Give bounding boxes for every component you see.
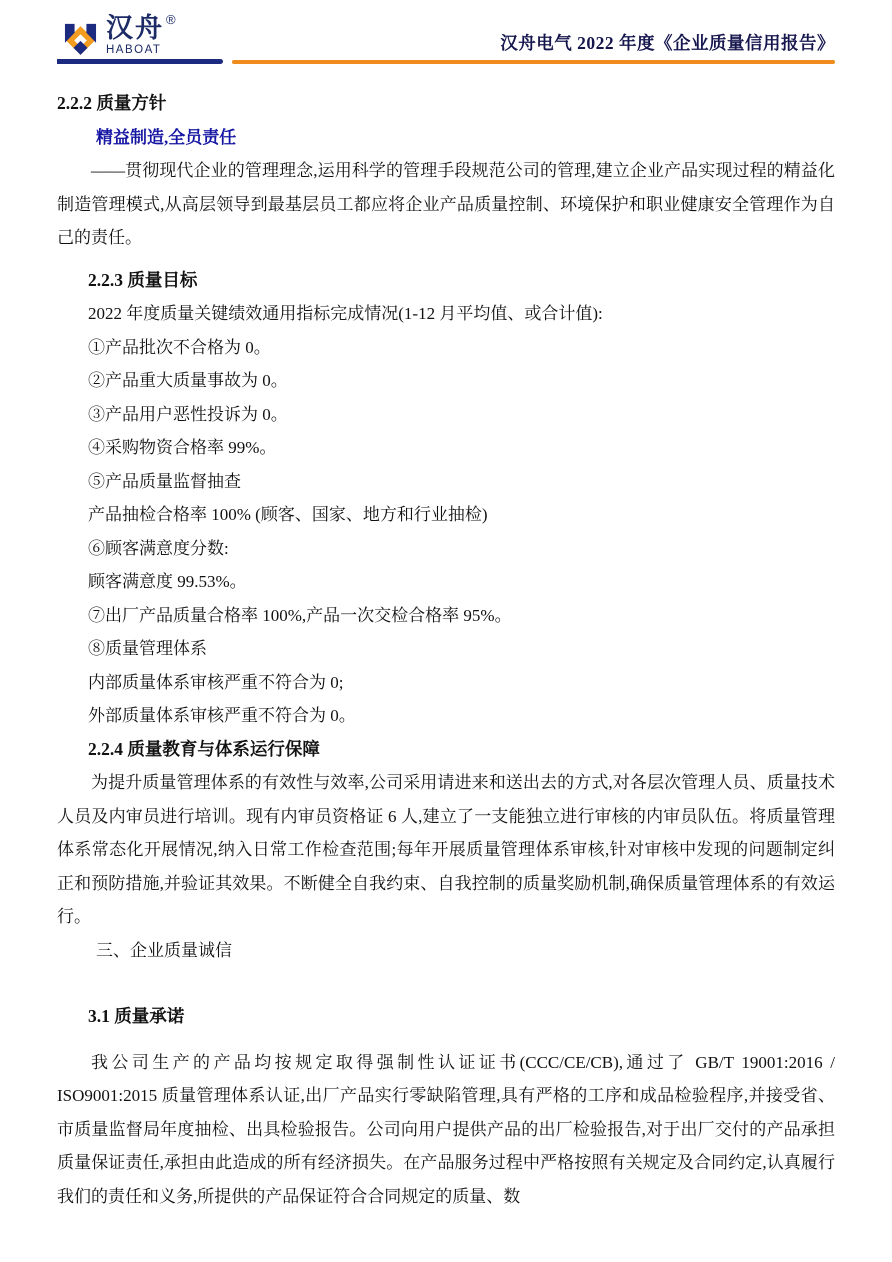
kpi-item: ⑥顾客满意度分数: [88,532,835,566]
registered-trademark-icon: ® [166,13,176,26]
kpi-item: ④采购物资合格率 99%。 [88,431,835,465]
paragraph-quality-policy: ——贯彻现代企业的管理理念,运用科学的管理手段规范公司的管理,建立企业产品实现过… [57,154,835,255]
heading-3-1: 3.1 质量承诺 [88,1000,835,1034]
paragraph-quality-commitment: 我公司生产的产品均按规定取得强制性认证证书(CCC/CE/CB),通过了 GB/… [57,1046,835,1214]
header-rule-gap [223,59,232,64]
kpi-list: ①产品批次不合格为 0。 ②产品重大质量事故为 0。 ③产品用户恶性投诉为 0。… [57,331,835,733]
header-rule [57,59,835,64]
logo-en-name: HABOAT [106,45,176,57]
header-rule-orange-segment [232,60,835,64]
kpi-item: 顾客满意度 99.53%。 [88,565,835,599]
heading-2-2-2: 2.2.2 质量方针 [57,87,835,121]
document-body: 2.2.2 质量方针 精益制造,全员责任 ——贯彻现代企业的管理理念,运用科学的… [0,87,892,1213]
report-page: 汉舟 ® HABOAT 汉舟电气 2022 年度《企业质量信用报告》 2.2.2… [0,0,892,1262]
kpi-item: 内部质量体系审核严重不符合为 0; [88,666,835,700]
kpi-item: ①产品批次不合格为 0。 [88,331,835,365]
kpi-item: ⑤产品质量监督抽查 [88,465,835,499]
kpi-item: ⑦出厂产品质量合格率 100%,产品一次交检合格率 95%。 [88,599,835,633]
kpi-item: 外部质量体系审核严重不符合为 0。 [88,699,835,733]
kpi-item: ③产品用户恶性投诉为 0。 [88,398,835,432]
logo-text: 汉舟 ® HABOAT [106,15,176,57]
company-logo: 汉舟 ® HABOAT [62,15,176,59]
header-rule-navy-segment [57,59,223,64]
heading-2-2-3: 2.2.3 质量目标 [88,264,835,298]
heading-chapter-3: 三、企业质量诚信 [96,934,835,968]
kpi-intro-line: 2022 年度质量关键绩效通用指标完成情况(1-12 月平均值、或合计值): [88,297,835,331]
kpi-item: 产品抽检合格率 100% (顾客、国家、地方和行业抽检) [88,498,835,532]
quality-policy-slogan: 精益制造,全员责任 [96,121,835,155]
kpi-item: ②产品重大质量事故为 0。 [88,364,835,398]
paragraph-quality-education: 为提升质量管理体系的有效性与效率,公司采用请进来和送出去的方式,对各层次管理人员… [57,766,835,934]
report-title: 汉舟电气 2022 年度《企业质量信用报告》 [500,30,835,55]
heading-2-2-4: 2.2.4 质量教育与体系运行保障 [88,733,835,767]
page-header: 汉舟 ® HABOAT 汉舟电气 2022 年度《企业质量信用报告》 [0,0,892,64]
haboat-logo-icon [62,22,99,59]
kpi-item: ⑧质量管理体系 [88,632,835,666]
logo-zh-name: 汉舟 [106,15,164,42]
